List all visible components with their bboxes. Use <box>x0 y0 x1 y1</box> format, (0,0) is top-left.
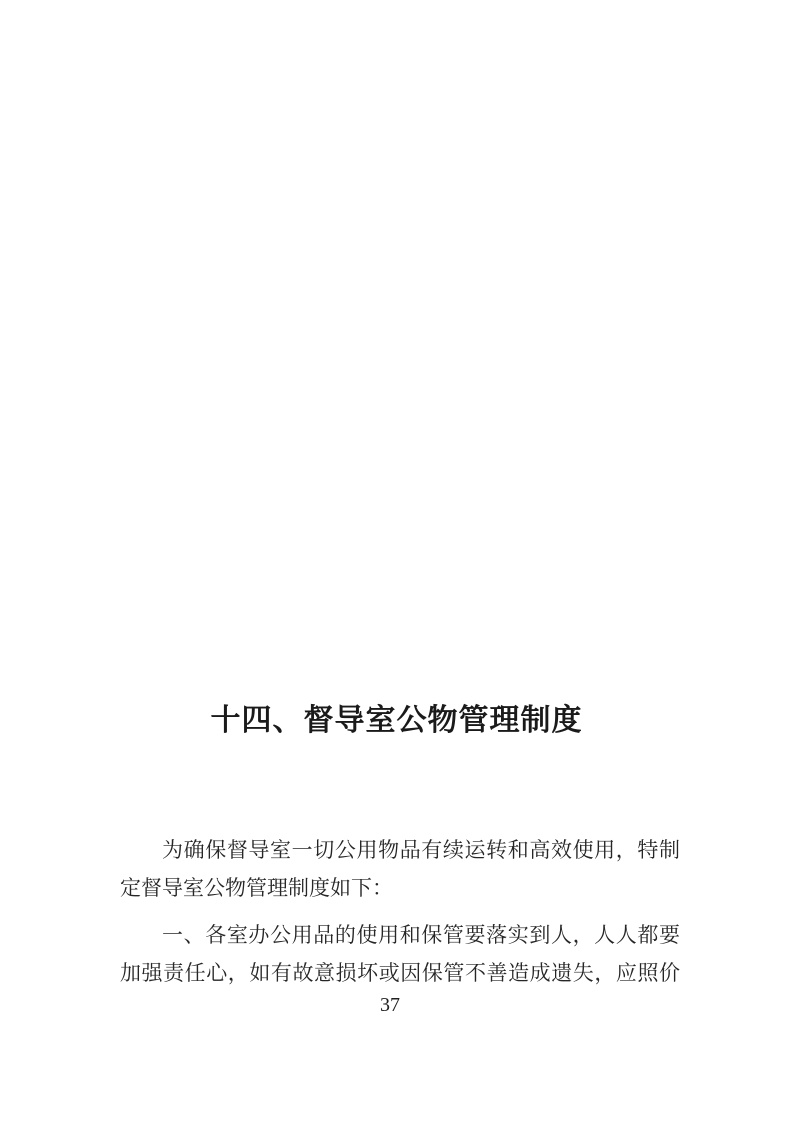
page-number: 37 <box>0 992 780 1018</box>
section-title: 十四、督导室公物管理制度 <box>0 703 793 739</box>
body-text: 为确保督导室一切公用物品有续运转和高效使用，特制 定督导室公物管理制度如下： 一… <box>120 831 680 992</box>
paragraph-line: 定督导室公物管理制度如下： <box>120 869 680 907</box>
paragraph-rule-1: 一、各室办公用品的使用和保管要落实到人，人人都要 加强责任心，如有故意损坏或因保… <box>120 916 680 992</box>
document-page: 十四、督导室公物管理制度 为确保督导室一切公用物品有续运转和高效使用，特制 定督… <box>0 0 793 1122</box>
paragraph-line: 加强责任心，如有故意损坏或因保管不善造成遗失，应照价 <box>120 954 680 992</box>
paragraph-line: 一、各室办公用品的使用和保管要落实到人，人人都要 <box>120 916 680 954</box>
paragraph-intro: 为确保督导室一切公用物品有续运转和高效使用，特制 定督导室公物管理制度如下： <box>120 831 680 907</box>
paragraph-line: 为确保督导室一切公用物品有续运转和高效使用，特制 <box>120 831 680 869</box>
